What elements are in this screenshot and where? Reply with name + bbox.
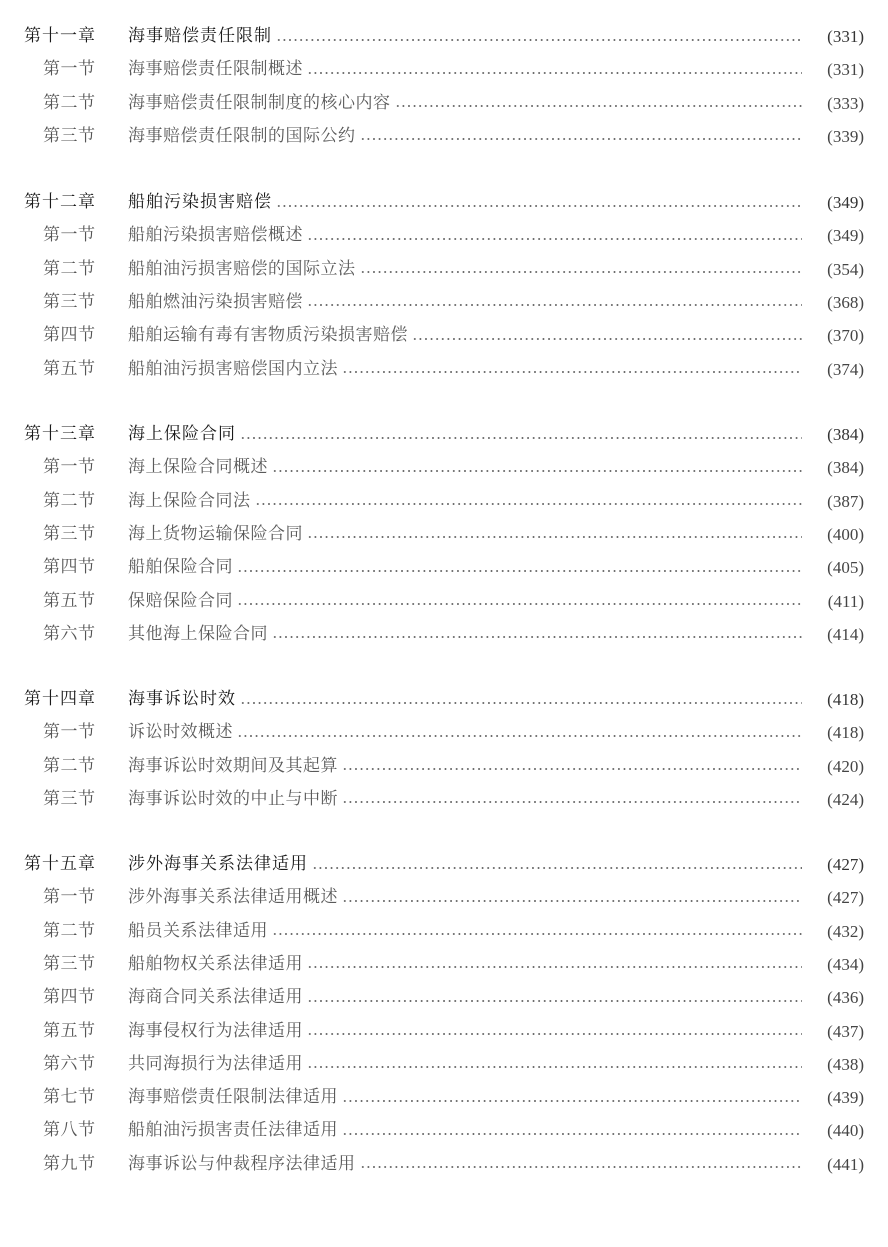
section-label: 第二节 bbox=[43, 253, 96, 286]
section-title: 海上保险合同概述 bbox=[128, 451, 272, 484]
page-number: (414) bbox=[827, 618, 864, 651]
section-title: 共同海损行为法律适用 bbox=[128, 1048, 307, 1081]
section-row[interactable]: 第一节 海事赔偿责任限制概述 (331) bbox=[0, 53, 888, 86]
section-label: 第五节 bbox=[43, 353, 96, 386]
section-label: 第三节 bbox=[43, 286, 96, 319]
page-number: (384) bbox=[827, 418, 864, 451]
chapter-row[interactable]: 第十五章 涉外海事关系法律适用 (427) bbox=[0, 848, 888, 881]
dot-leader bbox=[276, 205, 802, 207]
section-title: 海事赔偿责任限制法律适用 bbox=[128, 1081, 342, 1114]
page-number: (420) bbox=[827, 750, 864, 783]
dot-leader bbox=[360, 138, 803, 140]
section-row[interactable]: 第一节 船舶污染损害赔偿概述 (349) bbox=[0, 219, 888, 252]
section-row[interactable]: 第五节 船舶油污损害赔偿国内立法 (374) bbox=[0, 353, 888, 386]
section-title: 船舶油污损害赔偿国内立法 bbox=[128, 353, 342, 386]
section-row[interactable]: 第三节 海上货物运输保险合同 (400) bbox=[0, 518, 888, 551]
page-number: (331) bbox=[827, 20, 864, 53]
section-title: 海事诉讼时效期间及其起算 bbox=[128, 750, 342, 783]
chapter-label: 第十三章 bbox=[24, 418, 96, 451]
dot-leader bbox=[240, 437, 802, 439]
dot-leader bbox=[360, 1166, 803, 1168]
page-number: (368) bbox=[827, 286, 864, 319]
chapter-label: 第十五章 bbox=[24, 848, 96, 881]
dot-leader bbox=[276, 39, 802, 41]
section-row[interactable]: 第一节 诉讼时效概述 (418) bbox=[0, 716, 888, 749]
section-row[interactable]: 第二节 海上保险合同法 (387) bbox=[0, 485, 888, 518]
dot-leader bbox=[307, 72, 802, 74]
section-title: 保赔保险合同 bbox=[128, 585, 237, 618]
section-row[interactable]: 第四节 船舶保险合同 (405) bbox=[0, 551, 888, 584]
page-number: (333) bbox=[827, 87, 864, 120]
section-title: 涉外海事关系法律适用概述 bbox=[128, 881, 342, 914]
section-title: 海事赔偿责任限制概述 bbox=[128, 53, 307, 86]
section-label: 第六节 bbox=[43, 1048, 96, 1081]
section-label: 第四节 bbox=[43, 319, 96, 352]
dot-leader bbox=[307, 238, 802, 240]
section-title: 海上货物运输保险合同 bbox=[128, 518, 307, 551]
chapter-row[interactable]: 第十一章 海事赔偿责任限制 (331) bbox=[0, 20, 888, 53]
section-label: 第五节 bbox=[43, 1015, 96, 1048]
section-title: 海商合同关系法律适用 bbox=[128, 981, 307, 1014]
dot-leader bbox=[342, 801, 802, 803]
chapter-label: 第十四章 bbox=[24, 683, 96, 716]
chapter-row[interactable]: 第十三章 海上保险合同 (384) bbox=[0, 418, 888, 451]
section-label: 第二节 bbox=[43, 87, 96, 120]
page-number: (339) bbox=[827, 120, 864, 153]
section-label: 第一节 bbox=[43, 716, 96, 749]
page-number: (440) bbox=[827, 1114, 864, 1147]
chapter-row[interactable]: 第十二章 船舶污染损害赔偿 (349) bbox=[0, 186, 888, 219]
section-label: 第二节 bbox=[43, 750, 96, 783]
page-number: (436) bbox=[827, 981, 864, 1014]
section-label: 第二节 bbox=[43, 915, 96, 948]
dot-leader bbox=[307, 966, 802, 968]
page-number: (432) bbox=[827, 915, 864, 948]
page-number: (331) bbox=[827, 53, 864, 86]
page-number: (400) bbox=[827, 518, 864, 551]
section-row[interactable]: 第六节 共同海损行为法律适用 (438) bbox=[0, 1048, 888, 1081]
page-number: (427) bbox=[827, 881, 864, 914]
page-number: (418) bbox=[827, 716, 864, 749]
section-title: 海上保险合同法 bbox=[128, 485, 255, 518]
chapter-title: 海事诉讼时效 bbox=[128, 683, 240, 716]
dot-leader bbox=[255, 503, 803, 505]
section-title: 船舶保险合同 bbox=[128, 551, 237, 584]
section-title: 船舶污染损害赔偿概述 bbox=[128, 219, 307, 252]
page-number: (427) bbox=[827, 848, 864, 881]
section-row[interactable]: 第四节 海商合同关系法律适用 (436) bbox=[0, 981, 888, 1014]
dot-leader bbox=[312, 867, 802, 869]
section-label: 第四节 bbox=[43, 981, 96, 1014]
section-title: 船舶物权关系法律适用 bbox=[128, 948, 307, 981]
page-number: (439) bbox=[827, 1081, 864, 1114]
section-label: 第三节 bbox=[43, 783, 96, 816]
section-row[interactable]: 第二节 船舶油污损害赔偿的国际立法 (354) bbox=[0, 253, 888, 286]
section-title: 诉讼时效概述 bbox=[128, 716, 237, 749]
section-title: 海事赔偿责任限制制度的核心内容 bbox=[128, 87, 395, 120]
page-number: (387) bbox=[827, 485, 864, 518]
dot-leader bbox=[272, 470, 802, 472]
dot-leader bbox=[307, 304, 802, 306]
page-number: (441) bbox=[827, 1148, 864, 1181]
dot-leader bbox=[307, 1000, 802, 1002]
section-row[interactable]: 第一节 涉外海事关系法律适用概述 (427) bbox=[0, 881, 888, 914]
section-label: 第三节 bbox=[43, 518, 96, 551]
section-row[interactable]: 第七节 海事赔偿责任限制法律适用 (439) bbox=[0, 1081, 888, 1114]
chapter-title: 涉外海事关系法律适用 bbox=[128, 848, 312, 881]
section-row[interactable]: 第三节 船舶物权关系法律适用 (434) bbox=[0, 948, 888, 981]
section-row[interactable]: 第三节 海事赔偿责任限制的国际公约 (339) bbox=[0, 120, 888, 153]
dot-leader bbox=[342, 371, 802, 373]
section-title: 海事诉讼与仲裁程序法律适用 bbox=[128, 1148, 360, 1181]
chapter-title: 海上保险合同 bbox=[128, 418, 240, 451]
section-row[interactable]: 第五节 保赔保险合同 (411) bbox=[0, 585, 888, 618]
page-number: (418) bbox=[827, 683, 864, 716]
chapter-row[interactable]: 第十四章 海事诉讼时效 (418) bbox=[0, 683, 888, 716]
dot-leader bbox=[240, 702, 802, 704]
section-title: 船舶燃油污染损害赔偿 bbox=[128, 286, 307, 319]
section-row[interactable]: 第五节 海事侵权行为法律适用 (437) bbox=[0, 1015, 888, 1048]
page-number: (438) bbox=[827, 1048, 864, 1081]
dot-leader bbox=[272, 636, 802, 638]
dot-leader bbox=[272, 933, 802, 935]
section-label: 第七节 bbox=[43, 1081, 96, 1114]
section-title: 船员关系法律适用 bbox=[128, 915, 272, 948]
dot-leader bbox=[342, 1100, 802, 1102]
dot-leader bbox=[342, 900, 802, 902]
dot-leader bbox=[342, 1133, 802, 1135]
section-label: 第五节 bbox=[43, 585, 96, 618]
section-row[interactable]: 第二节 船员关系法律适用 (432) bbox=[0, 915, 888, 948]
section-label: 第一节 bbox=[43, 53, 96, 86]
section-label: 第六节 bbox=[43, 618, 96, 651]
chapter-label: 第十二章 bbox=[24, 186, 96, 219]
dot-leader bbox=[237, 570, 802, 572]
section-label: 第三节 bbox=[43, 120, 96, 153]
chapter-title: 海事赔偿责任限制 bbox=[128, 20, 276, 53]
dot-leader bbox=[360, 271, 803, 273]
section-row[interactable]: 第三节 船舶燃油污染损害赔偿 (368) bbox=[0, 286, 888, 319]
page-number: (354) bbox=[827, 253, 864, 286]
page-number: (411) bbox=[828, 585, 864, 618]
section-row[interactable]: 第二节 海事赔偿责任限制制度的核心内容 (333) bbox=[0, 87, 888, 120]
section-row[interactable]: 第一节 海上保险合同概述 (384) bbox=[0, 451, 888, 484]
dot-leader bbox=[412, 338, 802, 340]
dot-leader bbox=[307, 1066, 802, 1068]
section-label: 第一节 bbox=[43, 451, 96, 484]
page-number: (384) bbox=[827, 451, 864, 484]
section-row[interactable]: 第二节 海事诉讼时效期间及其起算 (420) bbox=[0, 750, 888, 783]
section-title: 船舶油污损害赔偿的国际立法 bbox=[128, 253, 360, 286]
section-label: 第三节 bbox=[43, 948, 96, 981]
dot-leader bbox=[237, 603, 802, 605]
section-label: 第四节 bbox=[43, 551, 96, 584]
page-number: (374) bbox=[827, 353, 864, 386]
section-label: 第一节 bbox=[43, 881, 96, 914]
dot-leader bbox=[342, 768, 802, 770]
section-title: 海事侵权行为法律适用 bbox=[128, 1015, 307, 1048]
section-label: 第八节 bbox=[43, 1114, 96, 1147]
dot-leader bbox=[237, 735, 802, 737]
page-number: (434) bbox=[827, 948, 864, 981]
page-number: (349) bbox=[827, 186, 864, 219]
section-label: 第九节 bbox=[43, 1148, 96, 1181]
section-label: 第一节 bbox=[43, 219, 96, 252]
page-number: (405) bbox=[827, 551, 864, 584]
section-row[interactable]: 第三节 海事诉讼时效的中止与中断 (424) bbox=[0, 783, 888, 816]
section-row[interactable]: 第四节 船舶运输有毒有害物质污染损害赔偿 (370) bbox=[0, 319, 888, 352]
section-label: 第二节 bbox=[43, 485, 96, 518]
section-title: 船舶运输有毒有害物质污染损害赔偿 bbox=[128, 319, 412, 352]
section-title: 船舶油污损害责任法律适用 bbox=[128, 1114, 342, 1147]
dot-leader bbox=[395, 105, 803, 107]
page-number: (437) bbox=[827, 1015, 864, 1048]
chapter-label: 第十一章 bbox=[24, 20, 96, 53]
section-row[interactable]: 第九节 海事诉讼与仲裁程序法律适用 (441) bbox=[0, 1148, 888, 1181]
section-title: 其他海上保险合同 bbox=[128, 618, 272, 651]
section-title: 海事赔偿责任限制的国际公约 bbox=[128, 120, 360, 153]
page-number: (370) bbox=[827, 319, 864, 352]
section-row[interactable]: 第六节 其他海上保险合同 (414) bbox=[0, 618, 888, 651]
section-row[interactable]: 第八节 船舶油污损害责任法律适用 (440) bbox=[0, 1114, 888, 1147]
chapter-title: 船舶污染损害赔偿 bbox=[128, 186, 276, 219]
section-title: 海事诉讼时效的中止与中断 bbox=[128, 783, 342, 816]
dot-leader bbox=[307, 1033, 802, 1035]
page-number: (349) bbox=[827, 219, 864, 252]
page-number: (424) bbox=[827, 783, 864, 816]
dot-leader bbox=[307, 536, 802, 538]
